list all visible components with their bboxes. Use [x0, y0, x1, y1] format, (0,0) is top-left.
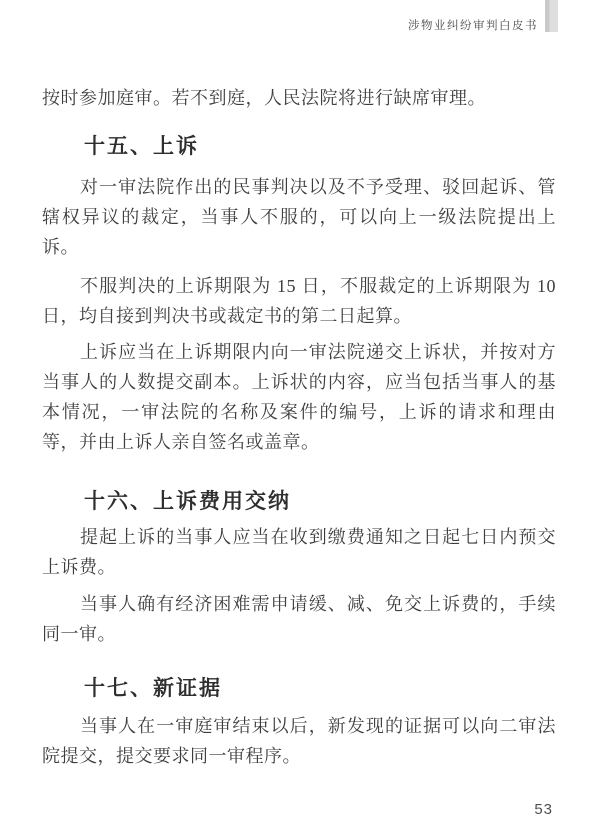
document-page: 涉物业纠纷审判白皮书 按时参加庭审。若不到庭，人民法院将进行缺席审理。 十五、上…: [0, 0, 600, 824]
page-content: 按时参加庭审。若不到庭，人民法院将进行缺席审理。 十五、上诉 对一审法院作出的民…: [42, 0, 556, 771]
page-number: 53: [534, 801, 553, 818]
paragraph-new-evidence-1: 当事人在一审庭审结束以后，新发现的证据可以向二审法院提交，提交要求同一审程序。: [42, 711, 556, 771]
section-heading-appeal-fee: 十六、上诉费用交纳: [42, 486, 556, 518]
section-heading-new-evidence: 十七、新证据: [42, 673, 556, 705]
paragraph-appeal-1: 对一审法院作出的民事判决以及不予受理、驳回起诉、管辖权异议的裁定，当事人不服的，…: [42, 172, 556, 262]
section-heading-appeal: 十五、上诉: [42, 131, 556, 163]
paragraph-appeal-2: 不服判决的上诉期限为 15 日，不服裁定的上诉期限为 10 日，均自接到判决书或…: [42, 271, 556, 331]
paragraph-appeal-3: 上诉应当在上诉期限内向一审法院递交上诉状，并按对方当事人的人数提交副本。上诉状的…: [42, 337, 556, 457]
paragraph-fee-2: 当事人确有经济困难需申请缓、减、免交上诉费的，手续同一审。: [42, 589, 556, 649]
paragraph-continuation: 按时参加庭审。若不到庭，人民法院将进行缺席审理。: [42, 83, 556, 113]
paragraph-fee-1: 提起上诉的当事人应当在收到缴费通知之日起七日内预交上诉费。: [42, 522, 556, 582]
